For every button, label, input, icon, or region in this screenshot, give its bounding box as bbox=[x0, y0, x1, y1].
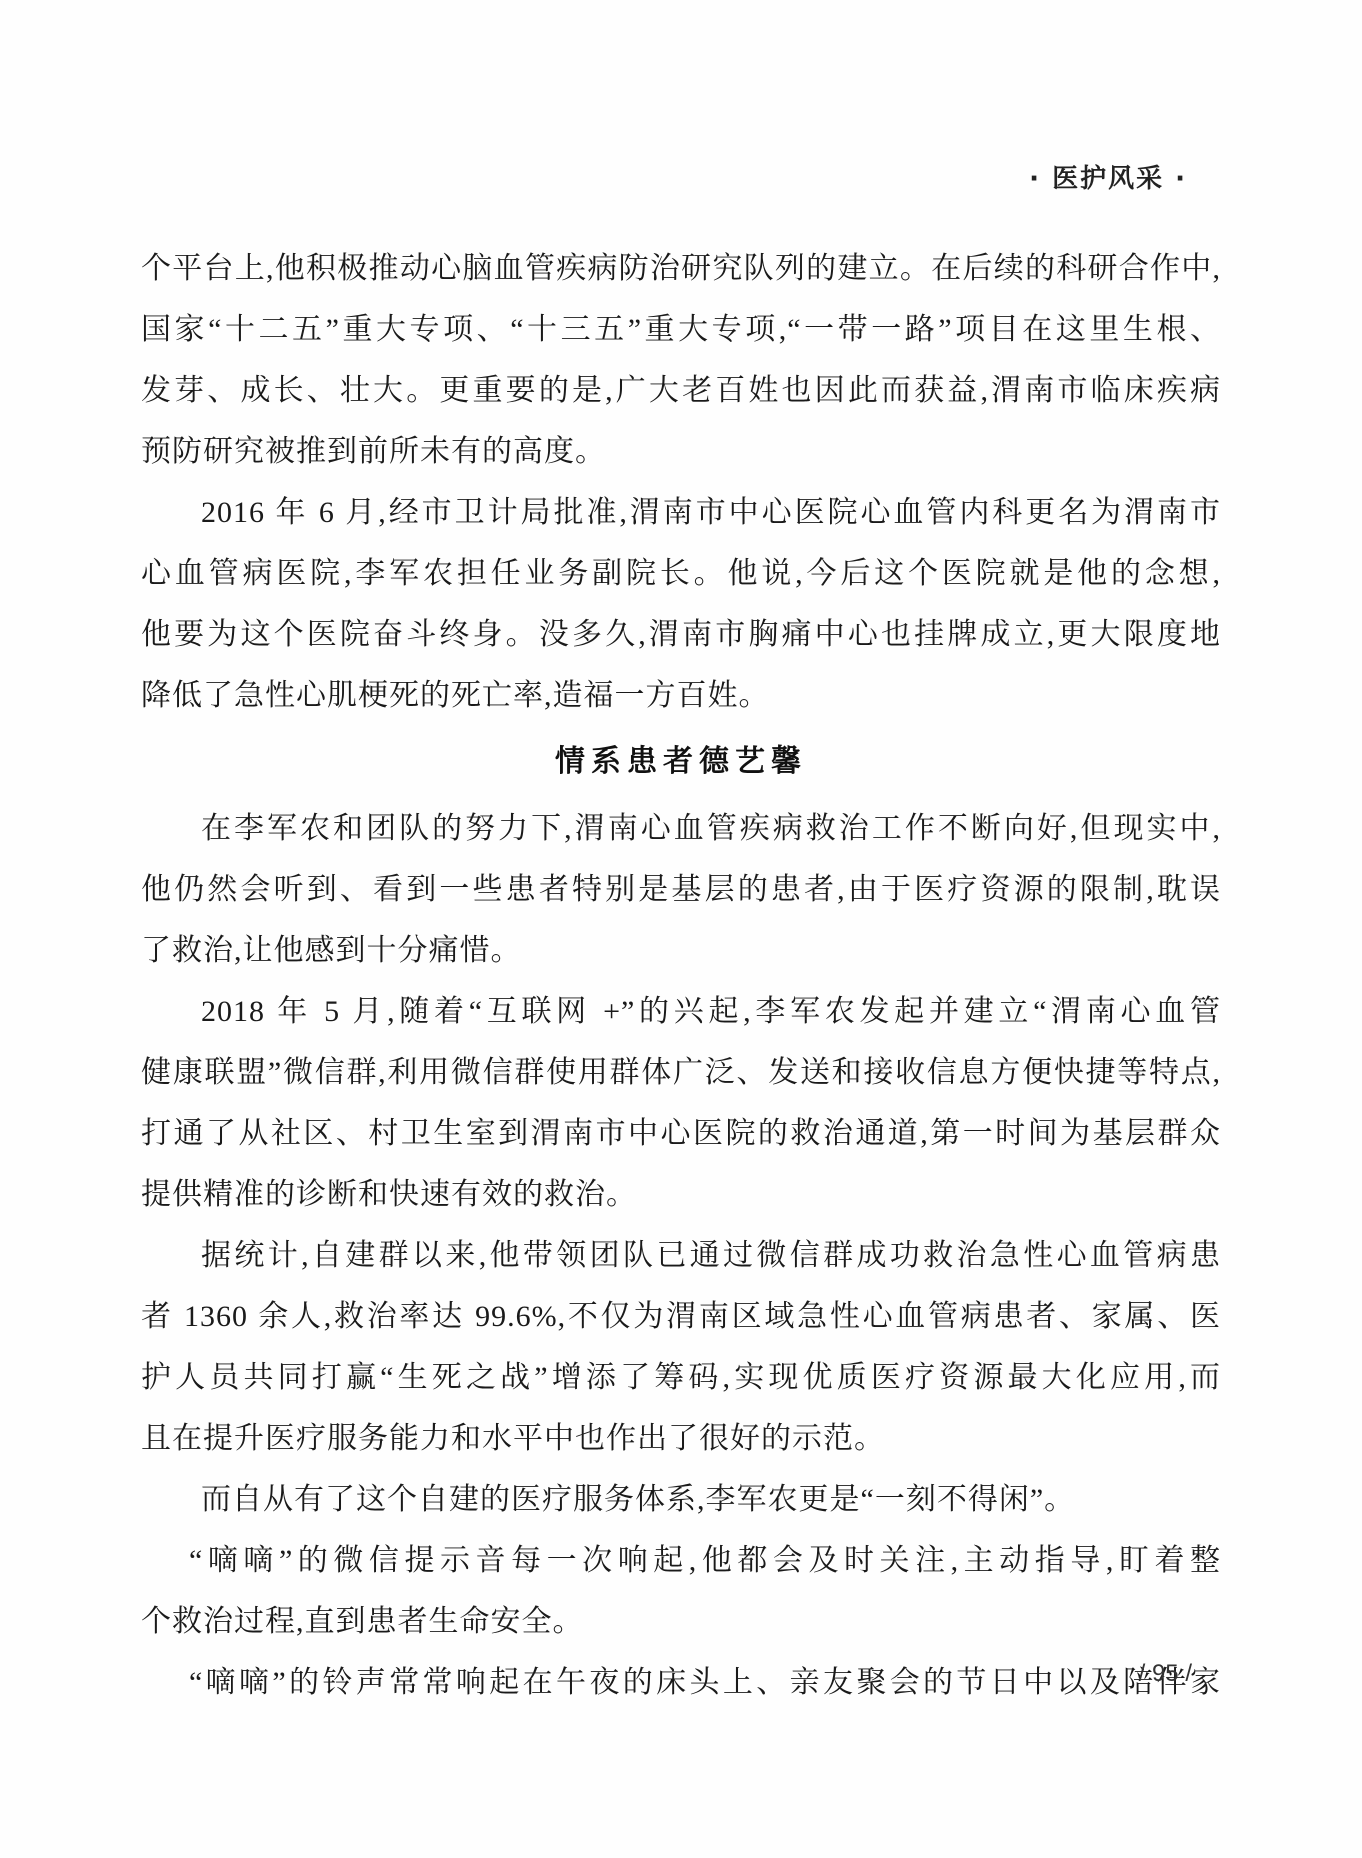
text-line: 在李军农和团队的努力下,渭南心血管疾病救治工作不断向好,但现实中, bbox=[141, 798, 1221, 859]
text-line: 者 1360 余人,救治率达 99.6%,不仅为渭南区域急性心血管病患者、家属、… bbox=[141, 1286, 1221, 1347]
paragraph: “嘀嘀”的微信提示音每一次响起,他都会及时关注,主动指导,盯着整 个救治过程,直… bbox=[141, 1530, 1221, 1652]
paragraph: 个平台上,他积极推动心脑血管疾病防治研究队列的建立。在后续的科研合作中, 国家“… bbox=[141, 238, 1221, 482]
section-heading: 情系患者德艺馨 bbox=[141, 726, 1221, 798]
text-line: 2016 年 6 月,经市卫计局批准,渭南市中心医院心血管内科更名为渭南市 bbox=[141, 482, 1221, 543]
text-line: 健康联盟”微信群,利用微信群使用群体广泛、发送和接收信息方便快捷等特点, bbox=[141, 1042, 1221, 1103]
text-line: 他仍然会听到、看到一些患者特别是基层的患者,由于医疗资源的限制,耽误 bbox=[141, 859, 1221, 920]
text-line: 降低了急性心肌梗死的死亡率,造福一方百姓。 bbox=[141, 665, 1221, 726]
page-number: / 95 / bbox=[1139, 1660, 1192, 1688]
body-text: 个平台上,他积极推动心脑血管疾病防治研究队列的建立。在后续的科研合作中, 国家“… bbox=[141, 238, 1221, 1713]
text-line: 预防研究被推到前所未有的高度。 bbox=[141, 421, 1221, 482]
paragraph: 2016 年 6 月,经市卫计局批准,渭南市中心医院心血管内科更名为渭南市 心血… bbox=[141, 482, 1221, 726]
text-line: 2018 年 5 月,随着“互联网 +”的兴起,李军农发起并建立“渭南心血管 bbox=[141, 981, 1221, 1042]
running-head: · 医护风采 · bbox=[1029, 158, 1187, 195]
text-line: 了救治,让他感到十分痛惜。 bbox=[141, 920, 1221, 981]
paragraph: 在李军农和团队的努力下,渭南心血管疾病救治工作不断向好,但现实中, 他仍然会听到… bbox=[141, 798, 1221, 981]
text-line: 心血管病医院,李军农担任业务副院长。他说,今后这个医院就是他的念想, bbox=[141, 543, 1221, 604]
text-line: “嘀嘀”的微信提示音每一次响起,他都会及时关注,主动指导,盯着整 bbox=[141, 1530, 1221, 1591]
paragraph: “嘀嘀”的铃声常常响起在午夜的床头上、亲友聚会的节日中以及陪伴家 bbox=[141, 1652, 1221, 1713]
text-line: 据统计,自建群以来,他带领团队已通过微信群成功救治急性心血管病患 bbox=[141, 1225, 1221, 1286]
paragraph: 2018 年 5 月,随着“互联网 +”的兴起,李军农发起并建立“渭南心血管 健… bbox=[141, 981, 1221, 1225]
text-line: 他要为这个医院奋斗终身。没多久,渭南市胸痛中心也挂牌成立,更大限度地 bbox=[141, 604, 1221, 665]
text-line: 而自从有了这个自建的医疗服务体系,李军农更是“一刻不得闲”。 bbox=[141, 1469, 1221, 1530]
paragraph: 据统计,自建群以来,他带领团队已通过微信群成功救治急性心血管病患 者 1360 … bbox=[141, 1225, 1221, 1469]
text-line: 个救治过程,直到患者生命安全。 bbox=[141, 1591, 1221, 1652]
text-line: 国家“十二五”重大专项、“十三五”重大专项,“一带一路”项目在这里生根、 bbox=[141, 299, 1221, 360]
text-line: 打通了从社区、村卫生室到渭南市中心医院的救治通道,第一时间为基层群众 bbox=[141, 1103, 1221, 1164]
paragraph: 而自从有了这个自建的医疗服务体系,李军农更是“一刻不得闲”。 bbox=[141, 1469, 1221, 1530]
text-line: 提供精准的诊断和快速有效的救治。 bbox=[141, 1164, 1221, 1225]
text-line: 发芽、成长、壮大。更重要的是,广大老百姓也因此而获益,渭南市临床疾病 bbox=[141, 360, 1221, 421]
text-line: 个平台上,他积极推动心脑血管疾病防治研究队列的建立。在后续的科研合作中, bbox=[141, 238, 1221, 299]
text-line: “嘀嘀”的铃声常常响起在午夜的床头上、亲友聚会的节日中以及陪伴家 bbox=[141, 1652, 1221, 1713]
text-line: 且在提升医疗服务能力和水平中也作出了很好的示范。 bbox=[141, 1408, 1221, 1469]
text-line: 护人员共同打赢“生死之战”增添了筹码,实现优质医疗资源最大化应用,而 bbox=[141, 1347, 1221, 1408]
book-page: · 医护风采 · 个平台上,他积极推动心脑血管疾病防治研究队列的建立。在后续的科… bbox=[0, 0, 1362, 1858]
